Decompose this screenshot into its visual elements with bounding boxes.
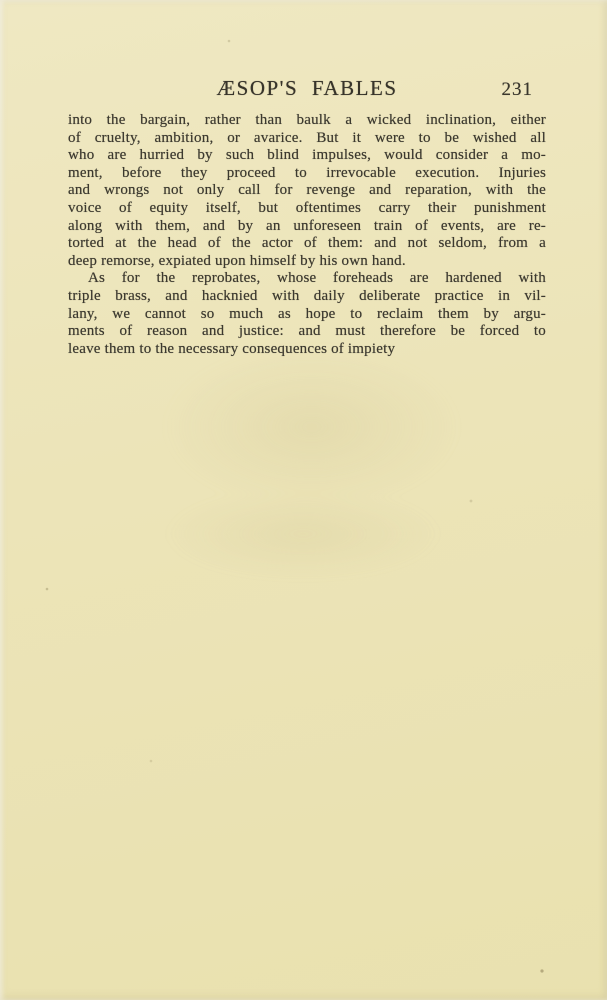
text-line: and wrongs not only call for revenge and… [68, 182, 546, 200]
text-line: deep remorse, expiated upon himself by h… [68, 253, 546, 271]
text-line: As for the reprobates, whose foreheads a… [68, 270, 546, 288]
paragraph-2: As for the reprobates, whose foreheads a… [68, 270, 546, 358]
running-title: ÆSOP'S FABLES [68, 76, 546, 101]
paragraph-1: into the bargain, rather than baulk a wi… [68, 112, 546, 270]
text-line: ment, before they proceed to irrevocable… [68, 165, 546, 183]
body-text: into the bargain, rather than baulk a wi… [68, 112, 546, 358]
paper-speckles [0, 0, 2, 2]
text-line: of cruelty, ambition, or avarice. But it… [68, 130, 546, 148]
show-through-ghost [88, 335, 518, 590]
text-line: leave them to the necessary consequences… [68, 341, 546, 359]
text-line: triple brass, and hacknied with daily de… [68, 288, 546, 306]
text-line: ments of reason and justice: and must th… [68, 323, 546, 341]
page-number: 231 [502, 79, 534, 101]
text-line: torted at the head of the actor of them:… [68, 235, 546, 253]
text-line: who are hurried by such blind impulses, … [68, 147, 546, 165]
book-page: ÆSOP'S FABLES 231 into the bargain, rath… [0, 0, 607, 1000]
text-line: lany, we cannot so much as hope to recla… [68, 306, 546, 324]
page-header: ÆSOP'S FABLES 231 [68, 76, 546, 102]
text-line: voice of equity itself, but oftentimes c… [68, 200, 546, 218]
text-line: into the bargain, rather than baulk a wi… [68, 112, 546, 130]
text-line: along with them, and by an unforeseen tr… [68, 218, 546, 236]
